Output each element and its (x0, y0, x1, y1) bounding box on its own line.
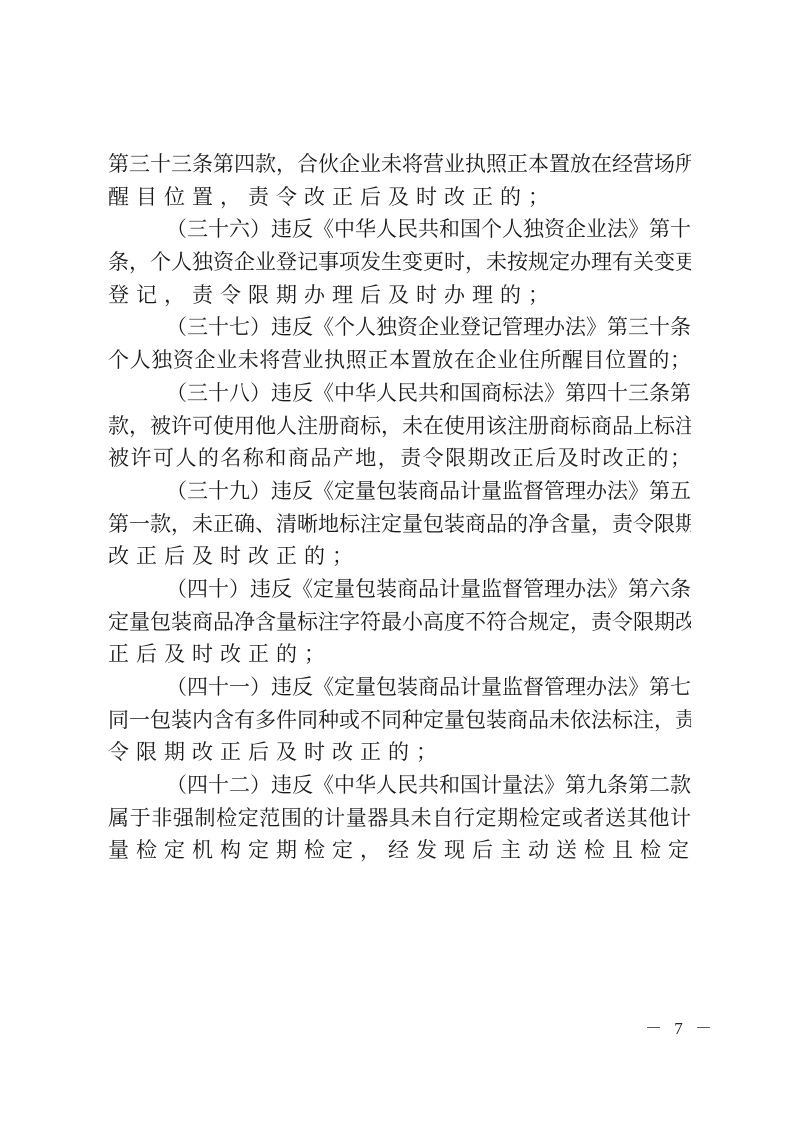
text-line: 量检定机构定期检定，经发现后主动送检且检定合格的； (108, 834, 691, 867)
text-line: 第三十三条第四款，合伙企业未将营业执照正本置放在经营场所 (108, 148, 691, 181)
clause-36-heading-line: （三十六）违反《中华人民共和国个人独资企业法》第十五 (108, 213, 691, 246)
text-line: 第一款，未正确、清晰地标注定量包装商品的净含量，责令限期 (108, 508, 691, 541)
text-line: 款，被许可使用他人注册商标，未在使用该注册商标商品上标注 (108, 410, 691, 443)
text-line: 被许可人的名称和商品产地，责令限期改正后及时改正的； (108, 442, 691, 475)
clause-40-heading-line: （四十）违反《定量包装商品计量监督管理办法》第六条， (108, 573, 691, 606)
text-line: 醒目位置，责令改正后及时改正的； (108, 181, 691, 214)
text-line: 登记，责令限期办理后及时办理的； (108, 279, 691, 312)
text-line: 定量包装商品净含量标注字符最小高度不符合规定，责令限期改 (108, 606, 691, 639)
text-line: 改正后及时改正的； (108, 540, 691, 573)
page-number: － 7 － (645, 1014, 716, 1039)
document-body: 第三十三条第四款，合伙企业未将营业执照正本置放在经营场所 醒目位置，责令改正后及… (108, 148, 691, 867)
clause-37-heading-line: （三十七）违反《个人独资企业登记管理办法》第三十条， (108, 311, 691, 344)
clause-38-heading-line: （三十八）违反《中华人民共和国商标法》第四十三条第二 (108, 377, 691, 410)
text-line: 个人独资企业未将营业执照正本置放在企业住所醒目位置的； (108, 344, 691, 377)
text-line: 属于非强制检定范围的计量器具未自行定期检定或者送其他计 (108, 802, 691, 835)
text-line: 条，个人独资企业登记事项发生变更时，未按规定办理有关变更 (108, 246, 691, 279)
text-line: 正后及时改正的； (108, 638, 691, 671)
clause-42-heading-line: （四十二）违反《中华人民共和国计量法》第九条第二款， (108, 769, 691, 802)
text-line: 令限期改正后及时改正的； (108, 736, 691, 769)
document-page: 第三十三条第四款，合伙企业未将营业执照正本置放在经营场所 醒目位置，责令改正后及… (0, 0, 793, 1123)
text-line: 同一包装内含有多件同种或不同种定量包装商品未依法标注，责 (108, 704, 691, 737)
clause-39-heading-line: （三十九）违反《定量包装商品计量监督管理办法》第五条 (108, 475, 691, 508)
clause-41-heading-line: （四十一）违反《定量包装商品计量监督管理办法》第七条， (108, 671, 691, 704)
